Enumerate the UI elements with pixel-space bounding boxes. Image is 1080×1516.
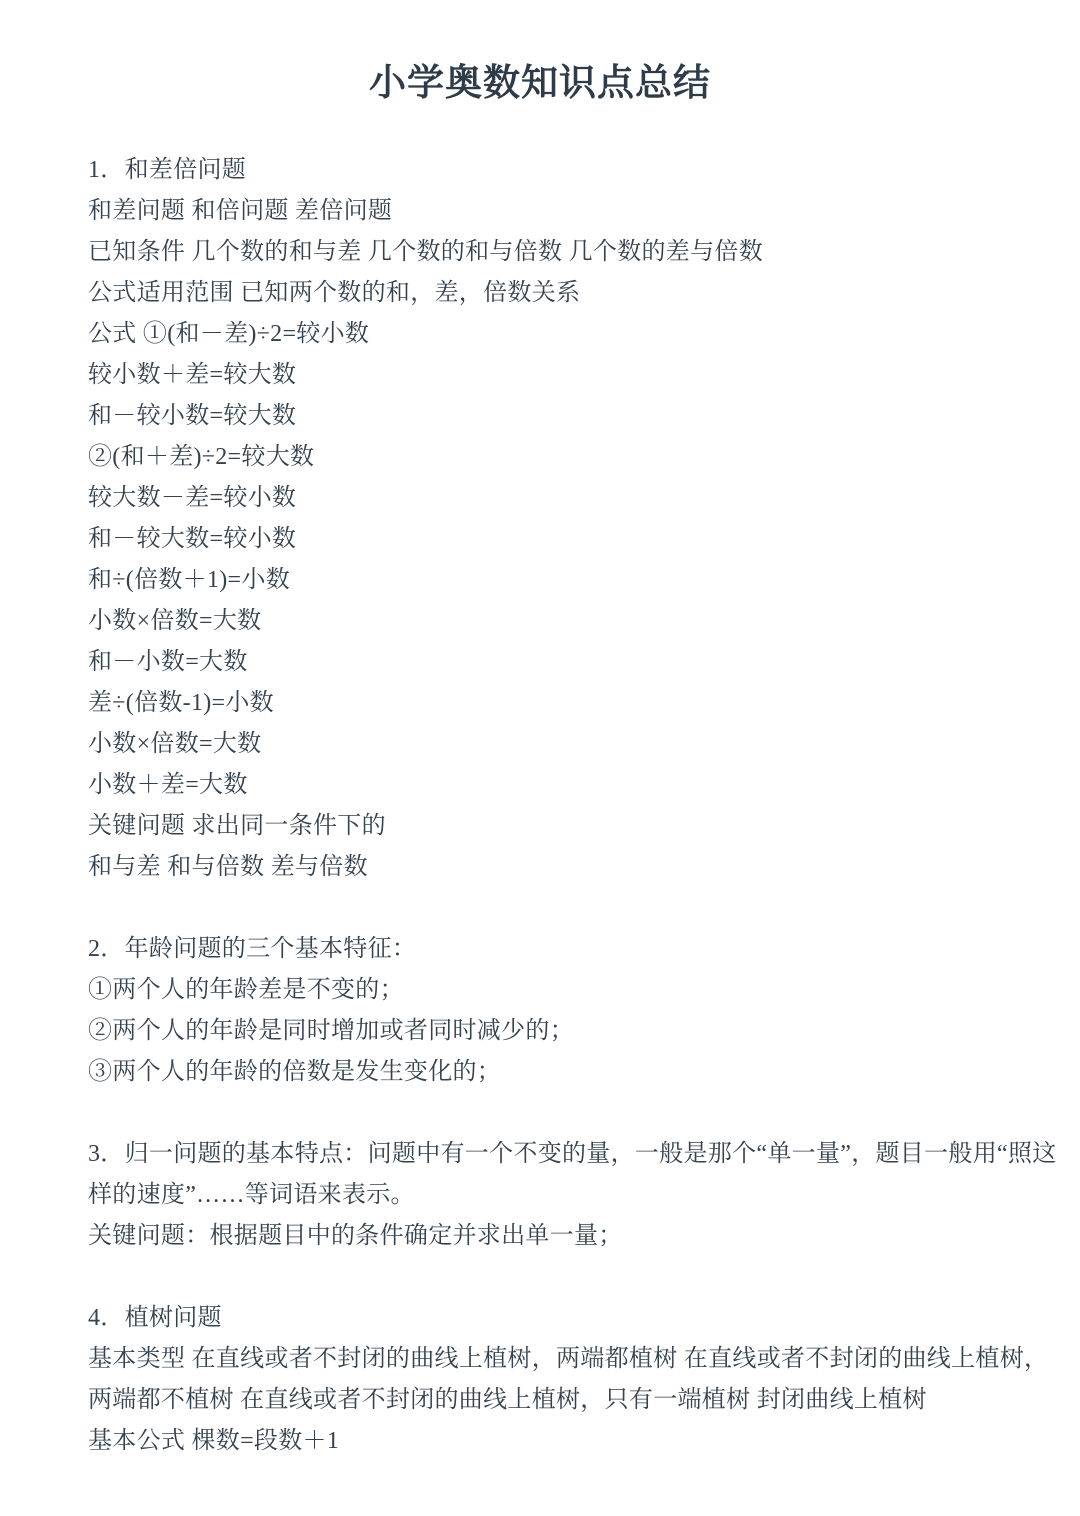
doc-line: 样的速度”……等词语来表示。 (88, 1175, 992, 1216)
section-heading: 1．和差倍问题 (88, 150, 992, 191)
formula-line: 公式 ①(和－差)÷2=较小数 (88, 314, 992, 355)
doc-line: 关键问题：根据题目中的条件确定并求出单一量； (88, 1216, 992, 1257)
formula-line: 较小数＋差=较大数 (88, 355, 992, 396)
formula-line: 差÷(倍数-1)=小数 (88, 683, 992, 724)
formula-line: 小数＋差=大数 (88, 765, 992, 806)
doc-line: 已知条件 几个数的和与差 几个数的和与倍数 几个数的差与倍数 (88, 232, 992, 273)
formula-line: 和－较小数=较大数 (88, 396, 992, 437)
doc-line: ②两个人的年龄是同时增加或者同时减少的； (88, 1011, 992, 1052)
section-heading: 4．植树问题 (88, 1298, 992, 1339)
doc-line: 基本类型 在直线或者不封闭的曲线上植树，两端都植树 在直线或者不封闭的曲线上植树… (88, 1339, 992, 1380)
document-body: 1．和差倍问题 和差问题 和倍问题 差倍问题 已知条件 几个数的和与差 几个数的… (88, 150, 992, 1462)
section-tree-planting-problem: 4．植树问题 基本类型 在直线或者不封闭的曲线上植树，两端都植树 在直线或者不封… (88, 1298, 992, 1462)
doc-line: 两端都不植树 在直线或者不封闭的曲线上植树，只有一端植树 封闭曲线上植树 (88, 1380, 992, 1421)
doc-line: 公式适用范围 已知两个数的和，差，倍数关系 (88, 273, 992, 314)
section-age-problem: 2．年龄问题的三个基本特征： ①两个人的年龄差是不变的； ②两个人的年龄是同时增… (88, 929, 992, 1093)
doc-line: ③两个人的年龄的倍数是发生变化的； (88, 1052, 992, 1093)
formula-line: 和－小数=大数 (88, 642, 992, 683)
doc-line: 和差问题 和倍问题 差倍问题 (88, 191, 992, 232)
formula-line: 小数×倍数=大数 (88, 601, 992, 642)
formula-line: 和－较大数=较小数 (88, 519, 992, 560)
section-normalization-problem: 3．归一问题的基本特点：问题中有一个不变的量，一般是那个“单一量”，题目一般用“… (88, 1134, 992, 1257)
section-sum-difference-multiple: 1．和差倍问题 和差问题 和倍问题 差倍问题 已知条件 几个数的和与差 几个数的… (88, 150, 992, 888)
formula-line: 基本公式 棵数=段数＋1 (88, 1421, 992, 1462)
formula-line: 和÷(倍数＋1)=小数 (88, 560, 992, 601)
document-page: 小学奥数知识点总结 1．和差倍问题 和差问题 和倍问题 差倍问题 已知条件 几个… (0, 0, 1080, 1516)
document-title: 小学奥数知识点总结 (0, 0, 1080, 106)
doc-line: ①两个人的年龄差是不变的； (88, 970, 992, 1011)
section-heading: 3．归一问题的基本特点：问题中有一个不变的量，一般是那个“单一量”，题目一般用“… (88, 1134, 992, 1175)
section-heading: 2．年龄问题的三个基本特征： (88, 929, 992, 970)
formula-line: 小数×倍数=大数 (88, 724, 992, 765)
doc-line: 和与差 和与倍数 差与倍数 (88, 847, 992, 888)
formula-line: ②(和＋差)÷2=较大数 (88, 437, 992, 478)
doc-line: 关键问题 求出同一条件下的 (88, 806, 992, 847)
formula-line: 较大数－差=较小数 (88, 478, 992, 519)
